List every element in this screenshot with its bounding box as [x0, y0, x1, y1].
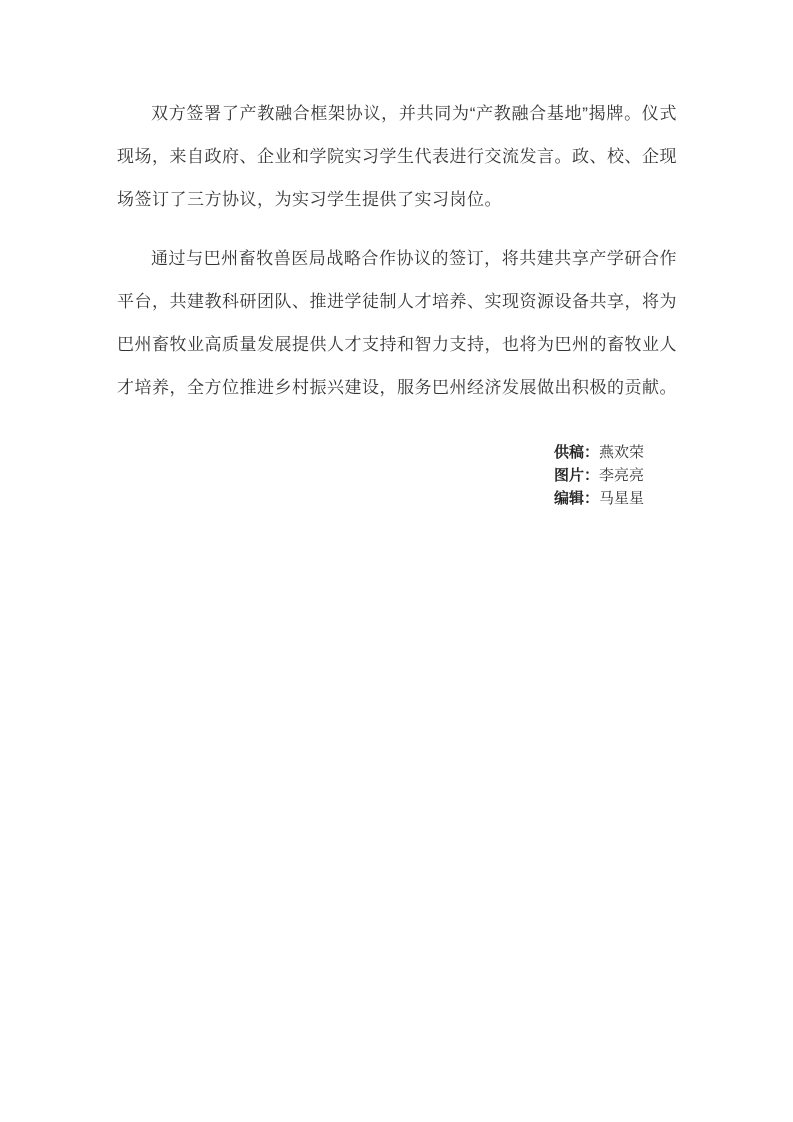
body-paragraph-1: 双方签署了产教融合框架协议，并共同为“产教融合基地”揭牌。仪式现场，来自政府、企…: [117, 92, 677, 221]
credit-label-editor: 编辑：: [554, 490, 599, 507]
article-body: 双方签署了产教融合框架协议，并共同为“产教融合基地”揭牌。仪式现场，来自政府、企…: [117, 92, 677, 510]
credit-name-editor: 马星星: [599, 490, 644, 507]
credit-line-contributor: 供稿：燕欢荣: [117, 441, 644, 464]
credit-name-contributor: 燕欢荣: [599, 444, 644, 461]
credit-name-photo: 李亮亮: [599, 467, 644, 484]
document-page: 双方签署了产教融合框架协议，并共同为“产教融合基地”揭牌。仪式现场，来自政府、企…: [0, 0, 793, 1122]
body-paragraph-2: 通过与巴州畜牧兽医局战略合作协议的签订，将共建共享产学研合作平台，共建教科研团队…: [117, 237, 677, 409]
credit-line-photo: 图片：李亮亮: [117, 464, 644, 487]
credit-line-editor: 编辑：马星星: [117, 487, 644, 510]
credit-label-photo: 图片：: [554, 467, 599, 484]
credit-label-contributor: 供稿：: [554, 444, 599, 461]
credits-block: 供稿：燕欢荣 图片：李亮亮 编辑：马星星: [117, 441, 677, 510]
